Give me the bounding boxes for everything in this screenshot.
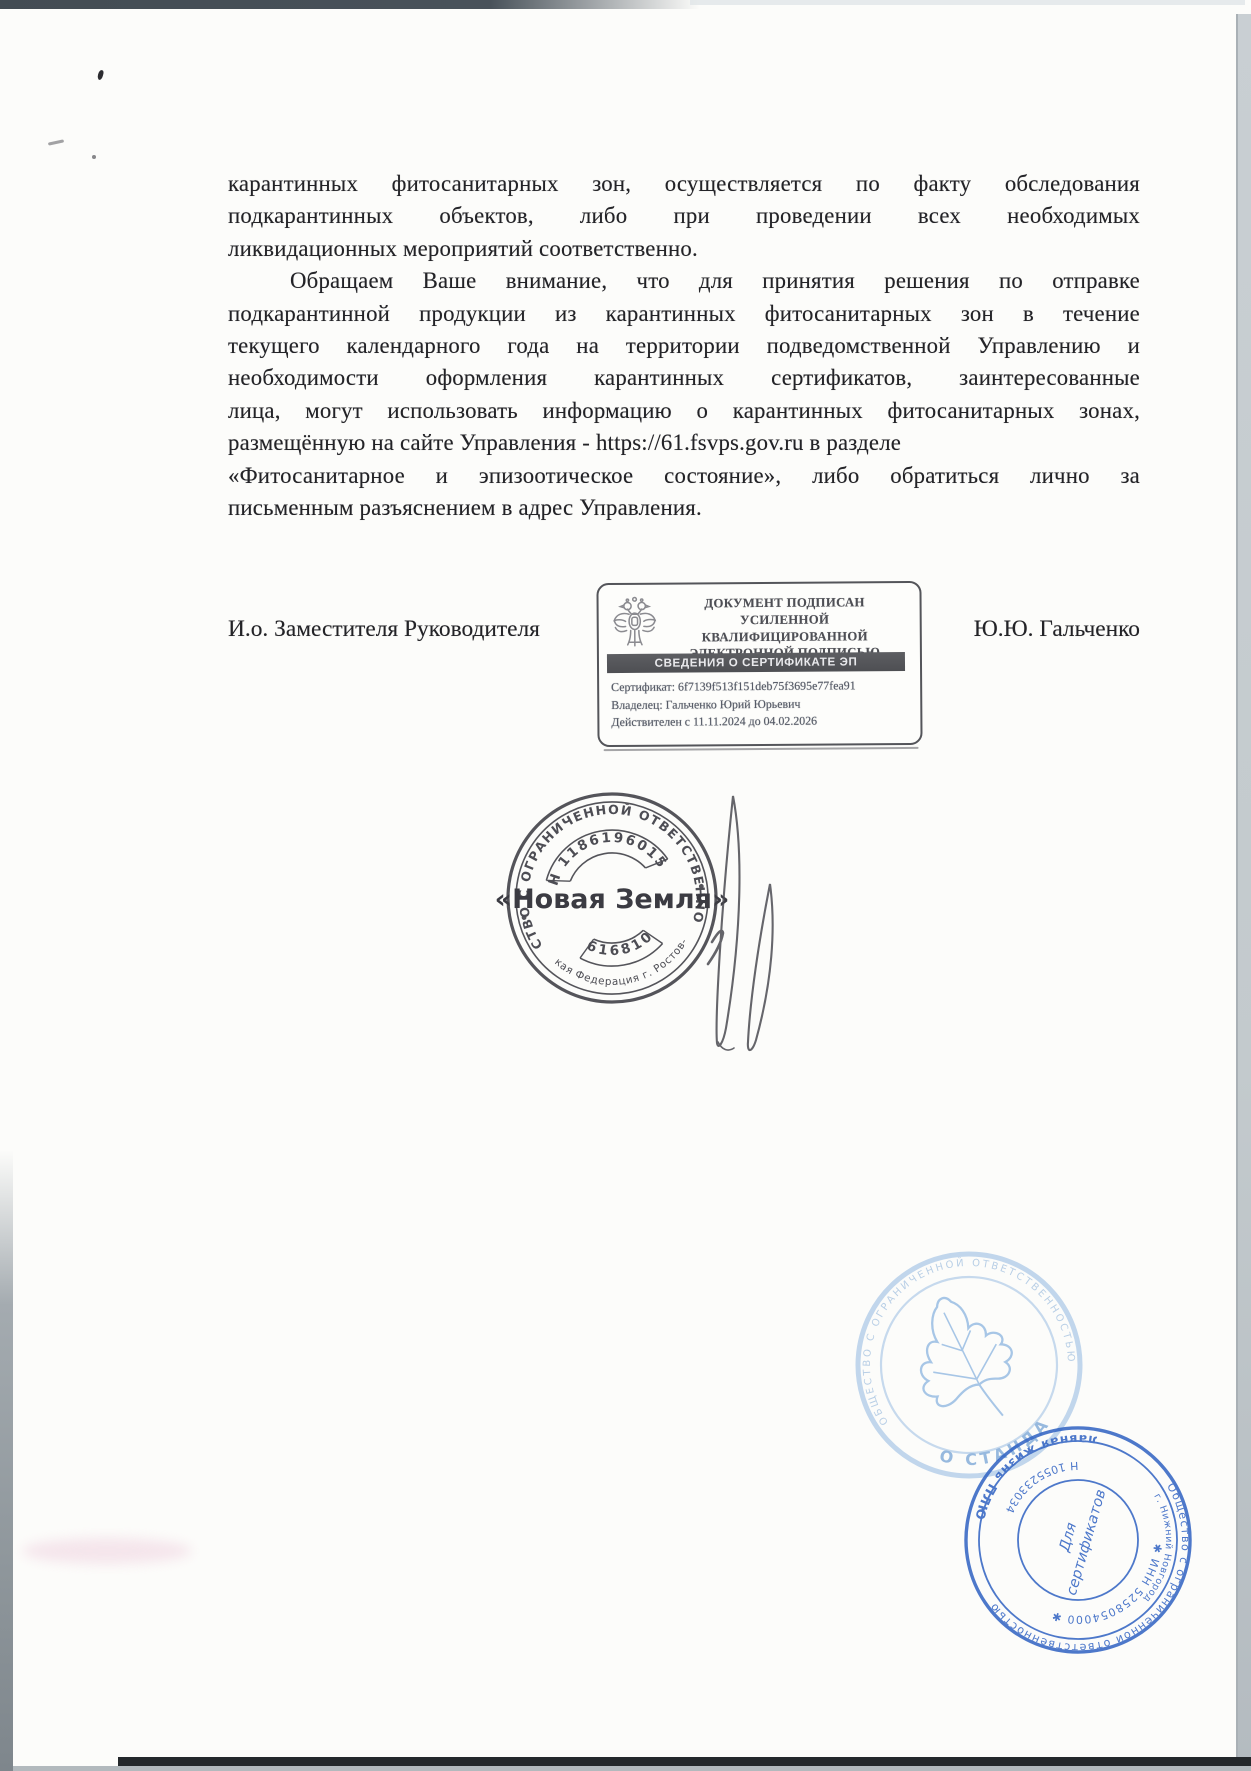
scan-edge-left [0,1150,13,1771]
scan-edge-top [0,0,700,9]
seal-ring-text: ОБЩЕСТВО С ОГРАНИЧЕННОЙ ОТВЕТСТВЕННОСТЬЮ [501,787,714,957]
text-line: ликвидационных мероприятий соответственн… [228,233,1140,265]
svg-text:✱ «Славная жизнь ПЛЮС» ✱: ✱ «Славная жизнь ПЛЮС» ✱ [960,1422,1148,1593]
certificate-owner: Владелец: Гальченко Юрий Юрьевич [611,695,856,714]
blue-stamp-outer-bottom: ✱ «Славная жизнь ПЛЮС» ✱ [960,1422,1148,1593]
text-line: Обращаем Ваше внимание, что для принятия… [228,265,1140,297]
scan-edge-bottom-light [0,1766,1251,1771]
digital-signature-stamp: ДОКУМЕНТ ПОДПИСАНУСИЛЕННОЙ КВАЛИФИЦИРОВА… [596,581,922,747]
text-line: подкарантинных объектов, либо при провед… [228,200,1140,232]
double-eagle-emblem-icon [612,596,658,651]
text-line: «Фитосанитарное и эпизоотическое состоян… [228,460,1140,492]
certificate-validity: Действителен с 11.11.2024 до 04.02.2026 [611,713,856,732]
text-line: лица, могут использовать информацию о ка… [228,395,1140,427]
text-line: подкарантинной продукции из карантинных … [228,298,1140,330]
text-line: письменным разъяснением в адрес Управлен… [228,492,1140,524]
certificate-info-bar: СВЕДЕНИЯ О СЕРТИФИКАТЕ ЭП [607,652,905,673]
text-line: размещённую на сайте Управления - https:… [228,427,1140,459]
certificate-details: Сертификат: 6f7139f513f151deb75f3695e77f… [611,677,856,731]
signature-stamp-title-line: ДОКУМЕНТ ПОДПИСАН [661,594,909,613]
paper-smudge [22,1538,192,1564]
signer-position: И.о. Заместителя Руководителя [228,616,540,643]
eco-ring-text: ОБЩЕСТВО С ОГРАНИЧЕННОЙ ОТВЕТСТВЕННОСТЬЮ [846,1242,1081,1428]
ink-speck [92,155,96,159]
certification-stamp-slavnaya-zhizn: Общество с ограниченной ответственностью… [960,1422,1196,1658]
signer-name: Ю.Ю. Гальченко [974,616,1140,643]
letter-body: карантинных фитосанитарных зон, осуществ… [228,168,1140,524]
text-line: карантинных фитосанитарных зон, осуществ… [228,168,1140,200]
scanned-letter-page: карантинных фитосанитарных зон, осуществ… [0,0,1251,1771]
ink-speck [97,70,104,81]
svg-text:ОБЩЕСТВО С ОГРАНИЧЕННОЙ ОТВЕТС: ОБЩЕСТВО С ОГРАНИЧЕННОЙ ОТВЕТСТВЕННОСТЬЮ [846,1242,1081,1428]
leaf-icon [893,1281,1035,1441]
handwritten-signature [688,792,798,1060]
certificate-number: Сертификат: 6f7139f513f151deb75f3695e77f… [611,677,856,696]
text-line: необходимости оформления карантинных сер… [228,362,1140,394]
scan-edge-top-light [690,0,1245,5]
svg-text:ОБЩЕСТВО С ОГРАНИЧЕННОЙ ОТВЕТС: ОБЩЕСТВО С ОГРАНИЧЕННОЙ ОТВЕТСТВЕННОСТЬЮ [501,787,714,957]
scan-edge-right [1236,14,1251,1771]
text-line: текущего календарного года на территории… [228,330,1140,362]
pencil-mark [48,139,64,145]
signature-stamp-title-line: УСИЛЕННОЙ КВАЛИФИЦИРОВАННОЙ [661,611,909,646]
